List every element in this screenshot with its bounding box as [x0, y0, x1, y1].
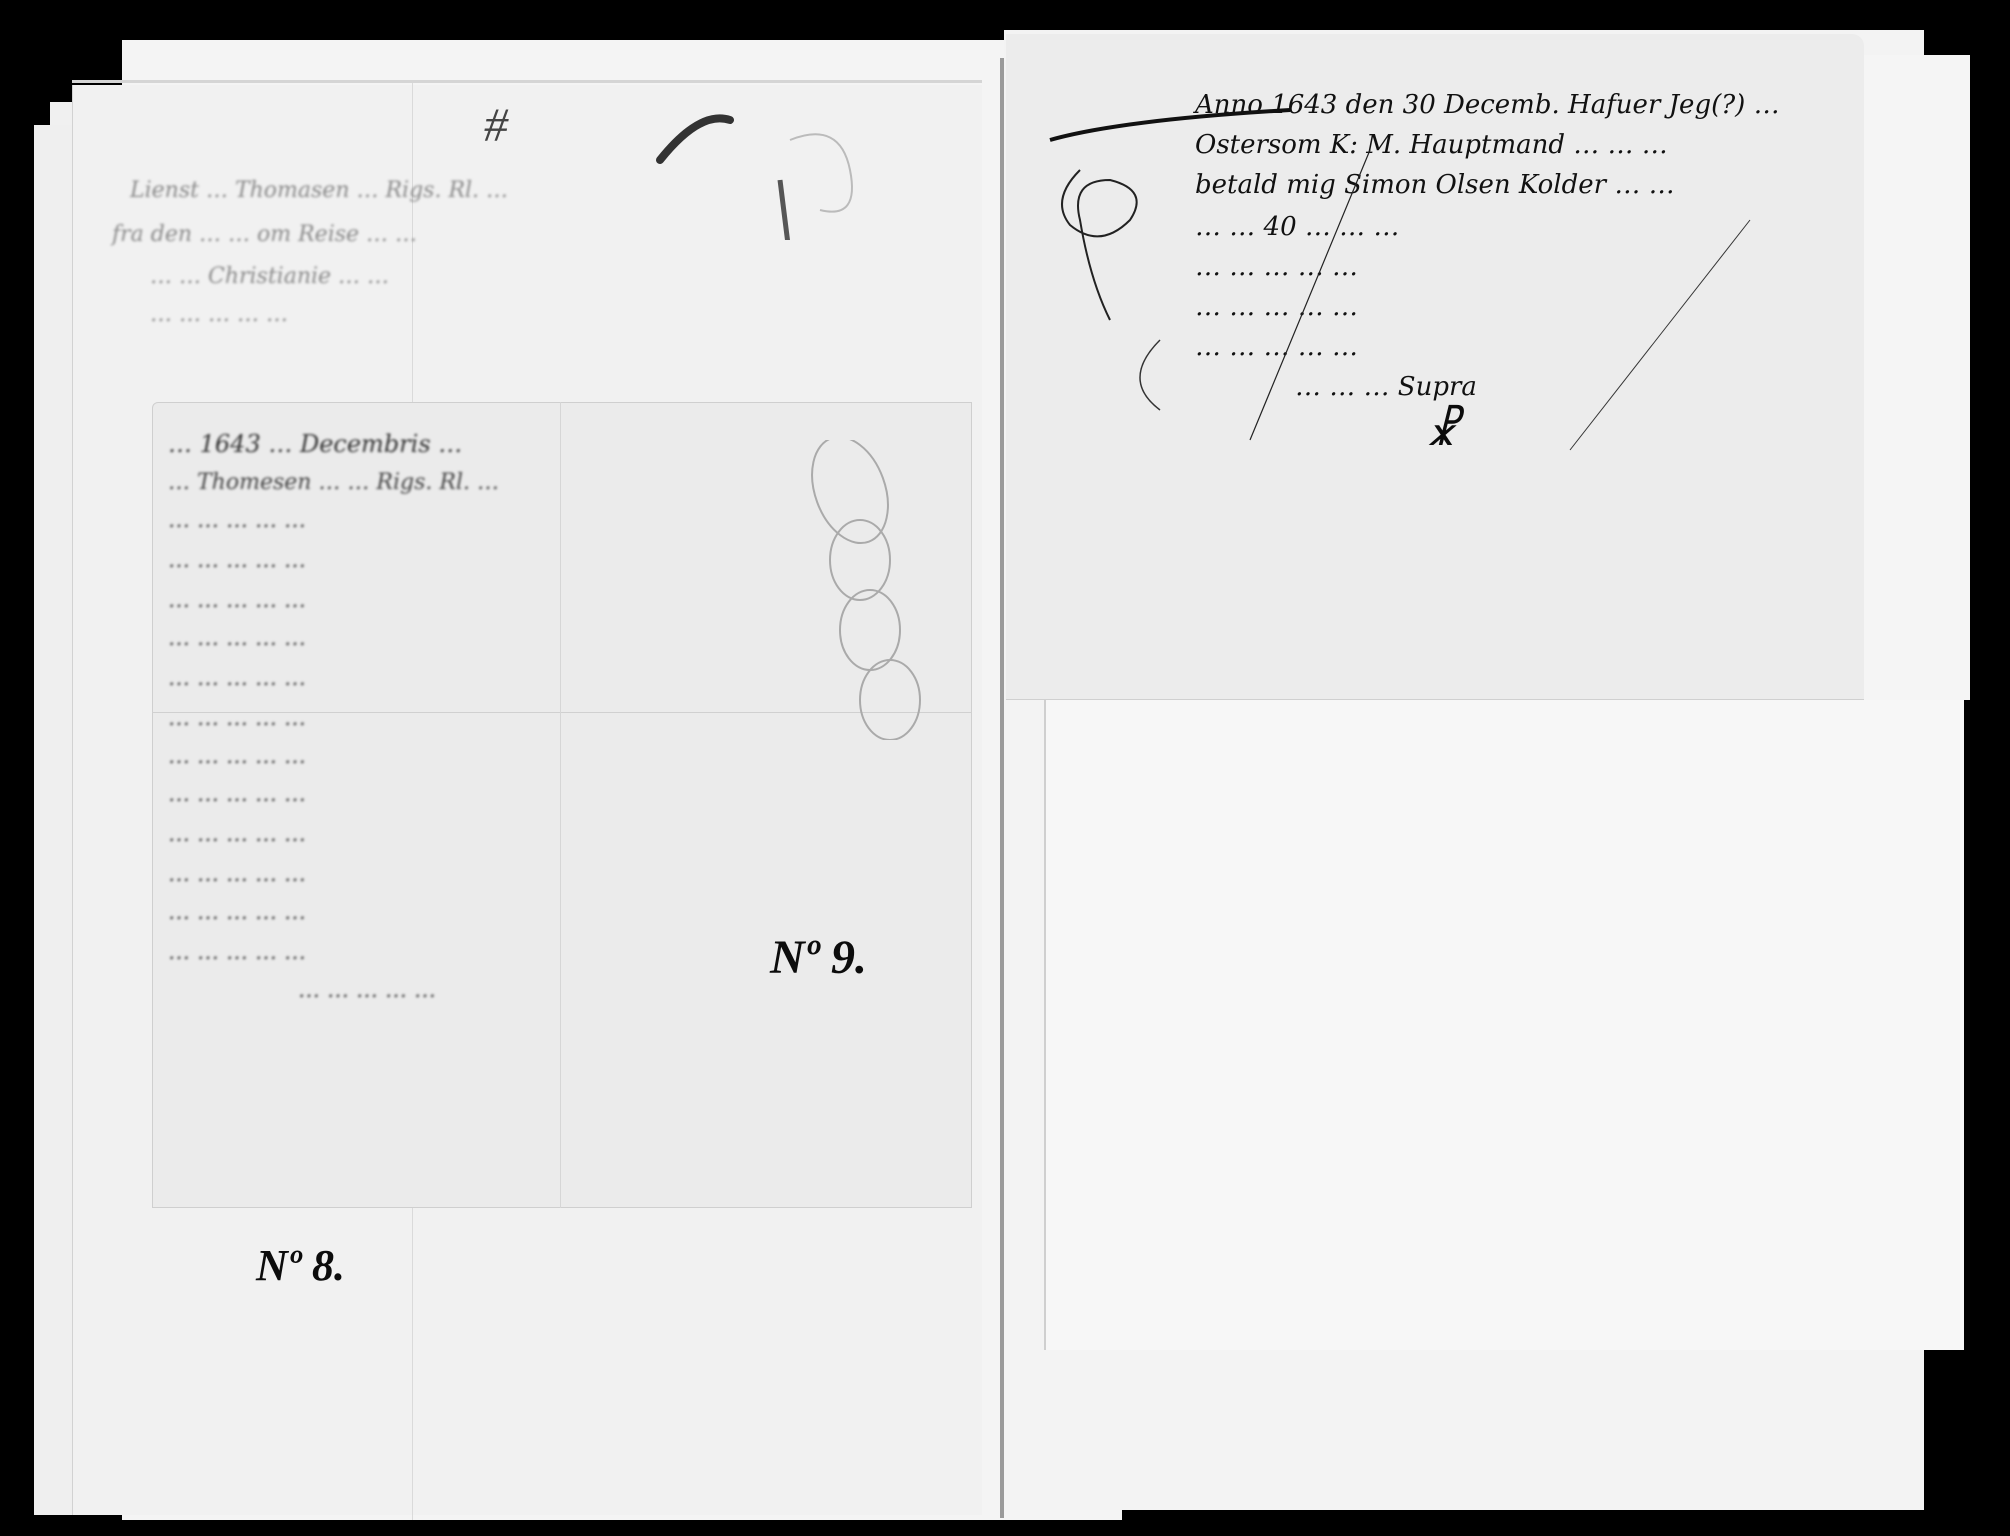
- signature-mark: ☧: [1425, 405, 1459, 456]
- letter-line: … … … … …: [168, 588, 306, 613]
- document-number-9: Nº 9.: [770, 930, 867, 985]
- letter-line: … … … … …: [168, 706, 306, 731]
- fold-line: [560, 402, 561, 1208]
- letter-line: … … … … …: [168, 626, 306, 651]
- flourish-decoration: [640, 100, 890, 240]
- right-page-blank-insert: [1044, 700, 1964, 1350]
- bleed-through-line: Lienst … Thomasen … Rigs. Rl. …: [130, 178, 508, 203]
- bleed-through-line: … … … … …: [150, 302, 288, 327]
- bleed-through-line: … … Christianie … …: [150, 264, 389, 289]
- bleed-through-line: fra den … … om Reise … …: [112, 222, 417, 247]
- receipt-line: Anno 1643 den 30 Decemb. Hafuer Jeg(?) …: [1195, 90, 1780, 120]
- letter-line: … … … … …: [298, 978, 436, 1003]
- letter-line: … 1643 … Decembris …: [168, 430, 462, 458]
- letter-line: … … … … …: [168, 862, 306, 887]
- hash-mark: #: [484, 98, 508, 153]
- document-number-8: Nº 8.: [256, 1240, 345, 1291]
- letter-line: … … … … …: [168, 666, 306, 691]
- fold-line: [72, 80, 982, 83]
- letter-line: … … … … …: [168, 940, 306, 965]
- letter-line: … … … … …: [168, 744, 306, 769]
- letter-line: … … … … …: [168, 548, 306, 573]
- right-page-tab: [1860, 55, 1970, 700]
- letter-line: … … … … …: [168, 508, 306, 533]
- loop-flourish: [790, 440, 970, 740]
- letter-line: … … … … …: [168, 822, 306, 847]
- letter-line: … … … … …: [168, 900, 306, 925]
- letter-line: … Thomesen … … Rigs. Rl. …: [168, 470, 499, 495]
- letter-line: … … … … …: [168, 782, 306, 807]
- diagonal-cancel-strokes: [1150, 130, 1800, 460]
